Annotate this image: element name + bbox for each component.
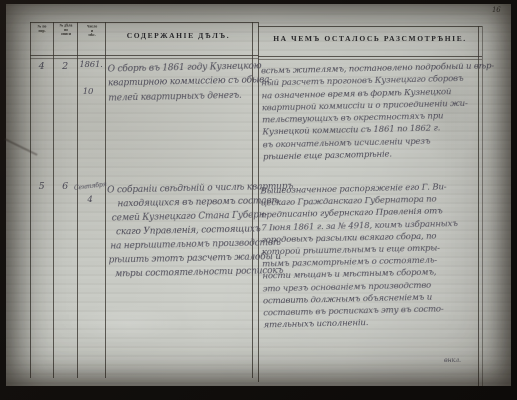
- scanned-ledger-page: 16 № по пор. № дѣла по описи Число и мѣс…: [6, 4, 511, 386]
- row2-date-month: Сентября: [74, 181, 107, 192]
- table-rule-header-bottom-left-a: [30, 55, 258, 56]
- scratch-mark: [4, 138, 37, 156]
- table-rule-top-right: [258, 26, 482, 27]
- column-header-case-contents: СОДЕРЖАНІЕ ДѢЛЪ.: [105, 31, 252, 40]
- row1-case-no: 2: [53, 61, 77, 72]
- table-rule-header-bottom-left-b: [30, 58, 258, 59]
- row1-date-year: 1861.: [76, 60, 106, 70]
- folio-number: 16: [492, 6, 501, 14]
- row2-date-day: 4: [82, 195, 98, 205]
- photo-of-ledger: { "page": { "folio_number": "16", "catch…: [0, 0, 517, 400]
- column-header-resolution: НА ЧЕМЪ ОСТАЛОСЬ РАЗСМОТРѢНІЕ.: [258, 34, 482, 43]
- column-rule: [77, 22, 78, 378]
- resolution-block-2: Вышеозначенное распоряженіе его Г. Ви- ц…: [260, 181, 481, 332]
- column-rule: [105, 22, 106, 378]
- column-header-case-no: № дѣла по описи: [57, 24, 76, 37]
- paper-stain: [66, 304, 186, 344]
- column-rule: [30, 22, 31, 378]
- row1-date-day: 10: [77, 87, 99, 97]
- catchword: внкл.: [444, 356, 461, 364]
- column-rule: [53, 22, 54, 378]
- table-rule-top-left: [30, 22, 258, 23]
- column-header-date: Число и мѣс.: [82, 25, 102, 38]
- row1-order-no: 4: [30, 61, 53, 72]
- right-edge-rule-b: [482, 26, 483, 386]
- column-header-order-no: № по пор.: [33, 25, 52, 34]
- row1-entry-text: О сборѣ въ 1861 году Кузнецкою квартирно…: [108, 59, 259, 105]
- resolution-block-1: всѣмъ жителямъ, постановлено подробный и…: [261, 61, 479, 164]
- row2-entry-text: О собраніи свѣдѣній о числѣ квартиръ нах…: [107, 180, 259, 281]
- table-rule-header-bottom-right-b: [258, 59, 482, 60]
- handwritten-line: телей квартирныхъ денегъ.: [108, 88, 258, 105]
- row2-order-no: 5: [30, 181, 53, 192]
- table-rule-header-bottom-right-a: [258, 56, 482, 57]
- handwritten-line: мѣры состоятельности росписокъ: [115, 264, 259, 281]
